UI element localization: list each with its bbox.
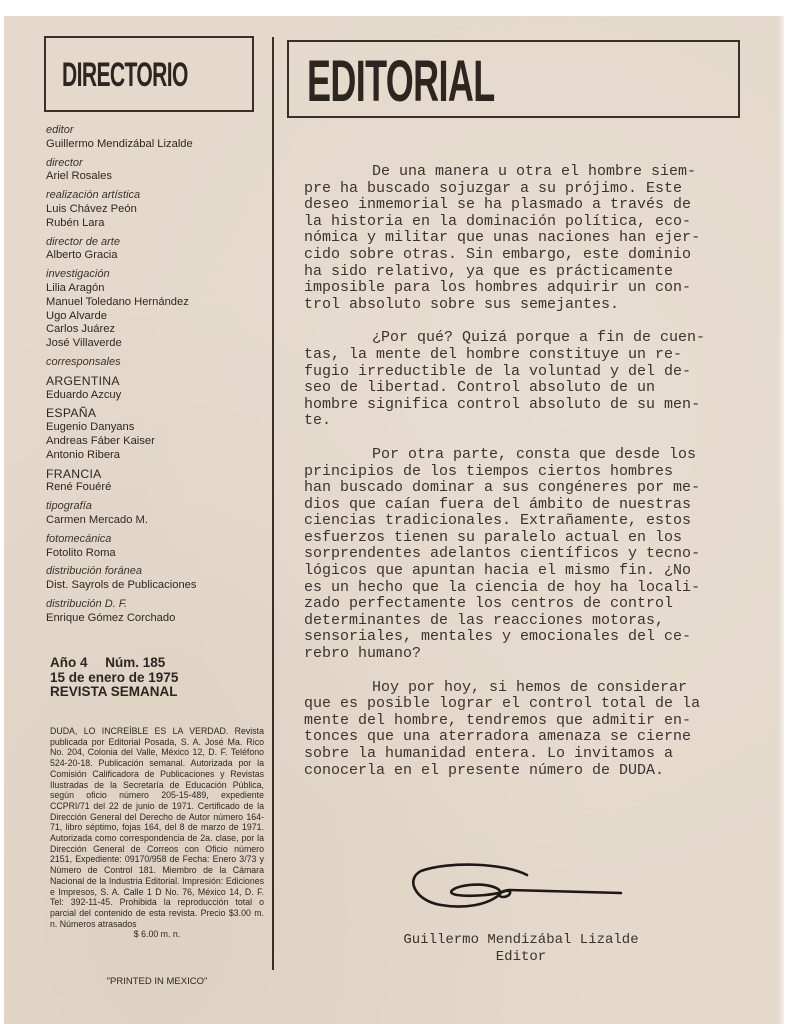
staff-name: Guillermo Mendizábal Lizalde <box>46 138 270 152</box>
correspondent-name: Eduardo Azcuy <box>46 389 270 403</box>
editorial-body: De una manera u otra el hombre siem- pre… <box>304 164 740 796</box>
correspondent-name: René Fouéré <box>46 481 270 495</box>
issue-frequency: REVISTA SEMANAL <box>50 685 178 700</box>
column-divider <box>272 37 274 970</box>
correspondent-group: FRANCIARené Fouéré <box>46 468 270 496</box>
staff-group: distribución D. F.Enrique Gómez Corchado <box>46 598 270 626</box>
signature-icon <box>409 861 629 921</box>
directorio-title: DIRECTORIO <box>62 56 188 95</box>
printed-in-mexico: "PRINTED IN MEXICO" <box>50 976 264 987</box>
magazine-page: DIRECTORIO editorGuillermo Mendizábal Li… <box>4 16 784 1024</box>
directorio-header-box: DIRECTORIO <box>44 36 254 112</box>
correspondent-country: ARGENTINA <box>46 375 270 389</box>
staff-role: investigación <box>46 268 270 282</box>
back-issue-price: $ 6.00 m. n. <box>50 929 264 940</box>
staff-group: fotomecánicaFotolito Roma <box>46 533 270 561</box>
legal-notice: DUDA, LO INCREÍBLE ES LA VERDAD. Revista… <box>50 726 264 940</box>
correspondent-country: FRANCIA <box>46 468 270 482</box>
staff-name: Manuel Toledano Hernández <box>46 296 270 310</box>
editorial-paragraph: De una manera u otra el hombre siem- pre… <box>304 164 740 313</box>
staff-name: Alberto Gracia <box>46 249 270 263</box>
editorial-header-box: EDITORIAL <box>287 40 740 118</box>
staff-group: director de arteAlberto Gracia <box>46 236 270 264</box>
staff-group: editorGuillermo Mendizábal Lizalde <box>46 124 270 152</box>
legal-text: DUDA, LO INCREÍBLE ES LA VERDAD. Revista… <box>50 726 264 929</box>
staff-role: fotomecánica <box>46 533 270 547</box>
issue-number: Núm. 185 <box>105 655 165 670</box>
staff-name: Carlos Juárez <box>46 323 270 337</box>
staff-name: José Villaverde <box>46 337 270 351</box>
staff-role: corresponsales <box>46 356 270 370</box>
staff-role: tipografía <box>46 500 270 514</box>
issue-date: 15 de enero de 1975 <box>50 671 178 686</box>
staff-group: directorAriel Rosales <box>46 157 270 185</box>
editorial-paragraph: Por otra parte, consta que desde los pri… <box>304 447 740 663</box>
staff-name: Enrique Gómez Corchado <box>46 612 270 626</box>
staff-group: distribución foráneaDist. Sayrols de Pub… <box>46 565 270 593</box>
staff-group: tipografíaCarmen Mercado M. <box>46 500 270 528</box>
staff-role: realización artística <box>46 189 270 203</box>
staff-name: Lilia Aragón <box>46 282 270 296</box>
correspondent-group: ESPAÑAEugenio DanyansAndreas Fáber Kaise… <box>46 407 270 462</box>
correspondent-country: ESPAÑA <box>46 407 270 421</box>
staff-group: investigaciónLilia AragónManuel Toledano… <box>46 268 270 351</box>
staff-role: distribución foránea <box>46 565 270 579</box>
page-edge <box>778 16 784 1024</box>
staff-name: Fotolito Roma <box>46 547 270 561</box>
issue-year: Año 4 <box>50 655 88 670</box>
signer-name: Guillermo Mendizábal Lizalde <box>384 932 658 949</box>
editorial-paragraph: ¿Por qué? Quizá porque a fin de cuen- ta… <box>304 330 740 430</box>
staff-group: realización artísticaLuis Chávez PeónRub… <box>46 189 270 230</box>
staff-role: director de arte <box>46 236 270 250</box>
correspondent-group: ARGENTINAEduardo Azcuy <box>46 375 270 403</box>
editorial-title: EDITORIAL <box>307 48 495 115</box>
staff-name: Ugo Alvarde <box>46 310 270 324</box>
staff-name: Rubén Lara <box>46 217 270 231</box>
staff-name: Dist. Sayrols de Publicaciones <box>46 579 270 593</box>
signer-block: Guillermo Mendizábal Lizalde Editor <box>384 932 658 966</box>
staff-role: director <box>46 157 270 171</box>
correspondent-name: Antonio Ribera <box>46 449 270 463</box>
staff-group: corresponsales <box>46 356 270 370</box>
staff-name: Luis Chávez Peón <box>46 203 270 217</box>
correspondent-name: Eugenio Danyans <box>46 421 270 435</box>
signer-title: Editor <box>384 949 658 966</box>
issue-info: Año 4 Núm. 185 15 de enero de 1975 REVIS… <box>50 656 178 700</box>
editorial-paragraph: Hoy por hoy, si hemos de considerar que … <box>304 680 740 780</box>
staff-role: editor <box>46 124 270 138</box>
staff-name: Carmen Mercado M. <box>46 514 270 528</box>
staff-role: distribución D. F. <box>46 598 270 612</box>
staff-name: Ariel Rosales <box>46 170 270 184</box>
correspondent-name: Andreas Fáber Kaiser <box>46 435 270 449</box>
staff-directory: editorGuillermo Mendizábal Lizaldedirect… <box>46 124 270 631</box>
